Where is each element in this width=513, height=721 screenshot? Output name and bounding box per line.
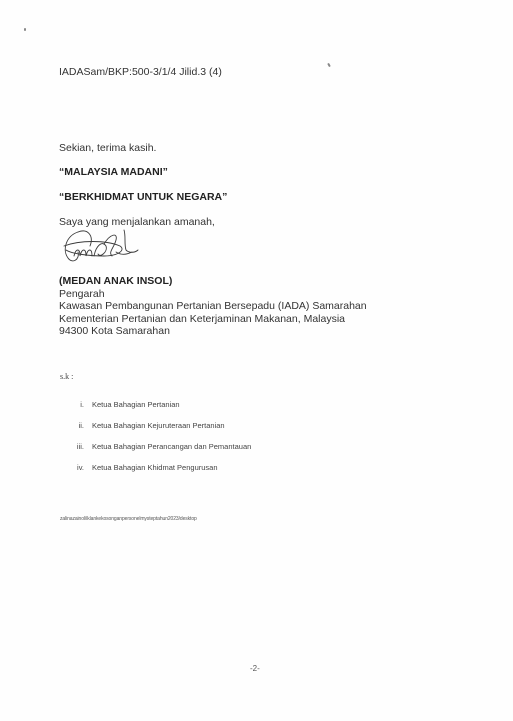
- signatory-name: (MEDAN ANAK INSOL): [59, 275, 367, 288]
- signatory-address: 94300 Kota Samarahan: [59, 325, 367, 338]
- cc-item-text: Ketua Bahagian Pertanian: [92, 400, 180, 410]
- motto-malaysia-madani: “MALAYSIA MADANI”: [59, 166, 168, 178]
- cc-item-number: ii.: [60, 421, 84, 431]
- signatory-title: Pengarah: [59, 288, 367, 301]
- cc-item-number: iii.: [60, 442, 84, 452]
- signatory-organisation: Kawasan Pembangunan Pertanian Bersepadu …: [59, 300, 367, 313]
- cc-item-text: Ketua Bahagian Khidmat Pengurusan: [92, 463, 218, 473]
- cc-item-text: Ketua Bahagian Kejuruteraan Pertanian: [92, 421, 225, 431]
- motto-berkhidmat: “BERKHIDMAT UNTUK NEGARA”: [59, 191, 227, 203]
- cc-label: s.k :: [60, 372, 73, 381]
- cc-item-text: Ketua Bahagian Perancangan dan Pemantaua…: [92, 442, 251, 452]
- cc-item-number: iv.: [60, 463, 84, 473]
- scan-speck: [327, 63, 331, 67]
- scan-speck: [24, 28, 26, 31]
- cc-item-number: i.: [60, 400, 84, 410]
- page-number: -2-: [250, 664, 260, 673]
- reference-number: IADASam/BKP:500-3/1/4 Jilid.3 (4): [59, 66, 222, 78]
- signature-image: [60, 226, 140, 270]
- signatory-block: (MEDAN ANAK INSOL) Pengarah Kawasan Pemb…: [59, 275, 367, 338]
- signatory-ministry: Kementerian Pertanian dan Keterjaminan M…: [59, 313, 367, 326]
- closing-text: Sekian, terima kasih.: [59, 142, 156, 154]
- document-page: IADASam/BKP:500-3/1/4 Jilid.3 (4) Sekian…: [0, 0, 513, 721]
- file-path: zalinazainol/iklankekosonganpersonelmyst…: [60, 516, 197, 522]
